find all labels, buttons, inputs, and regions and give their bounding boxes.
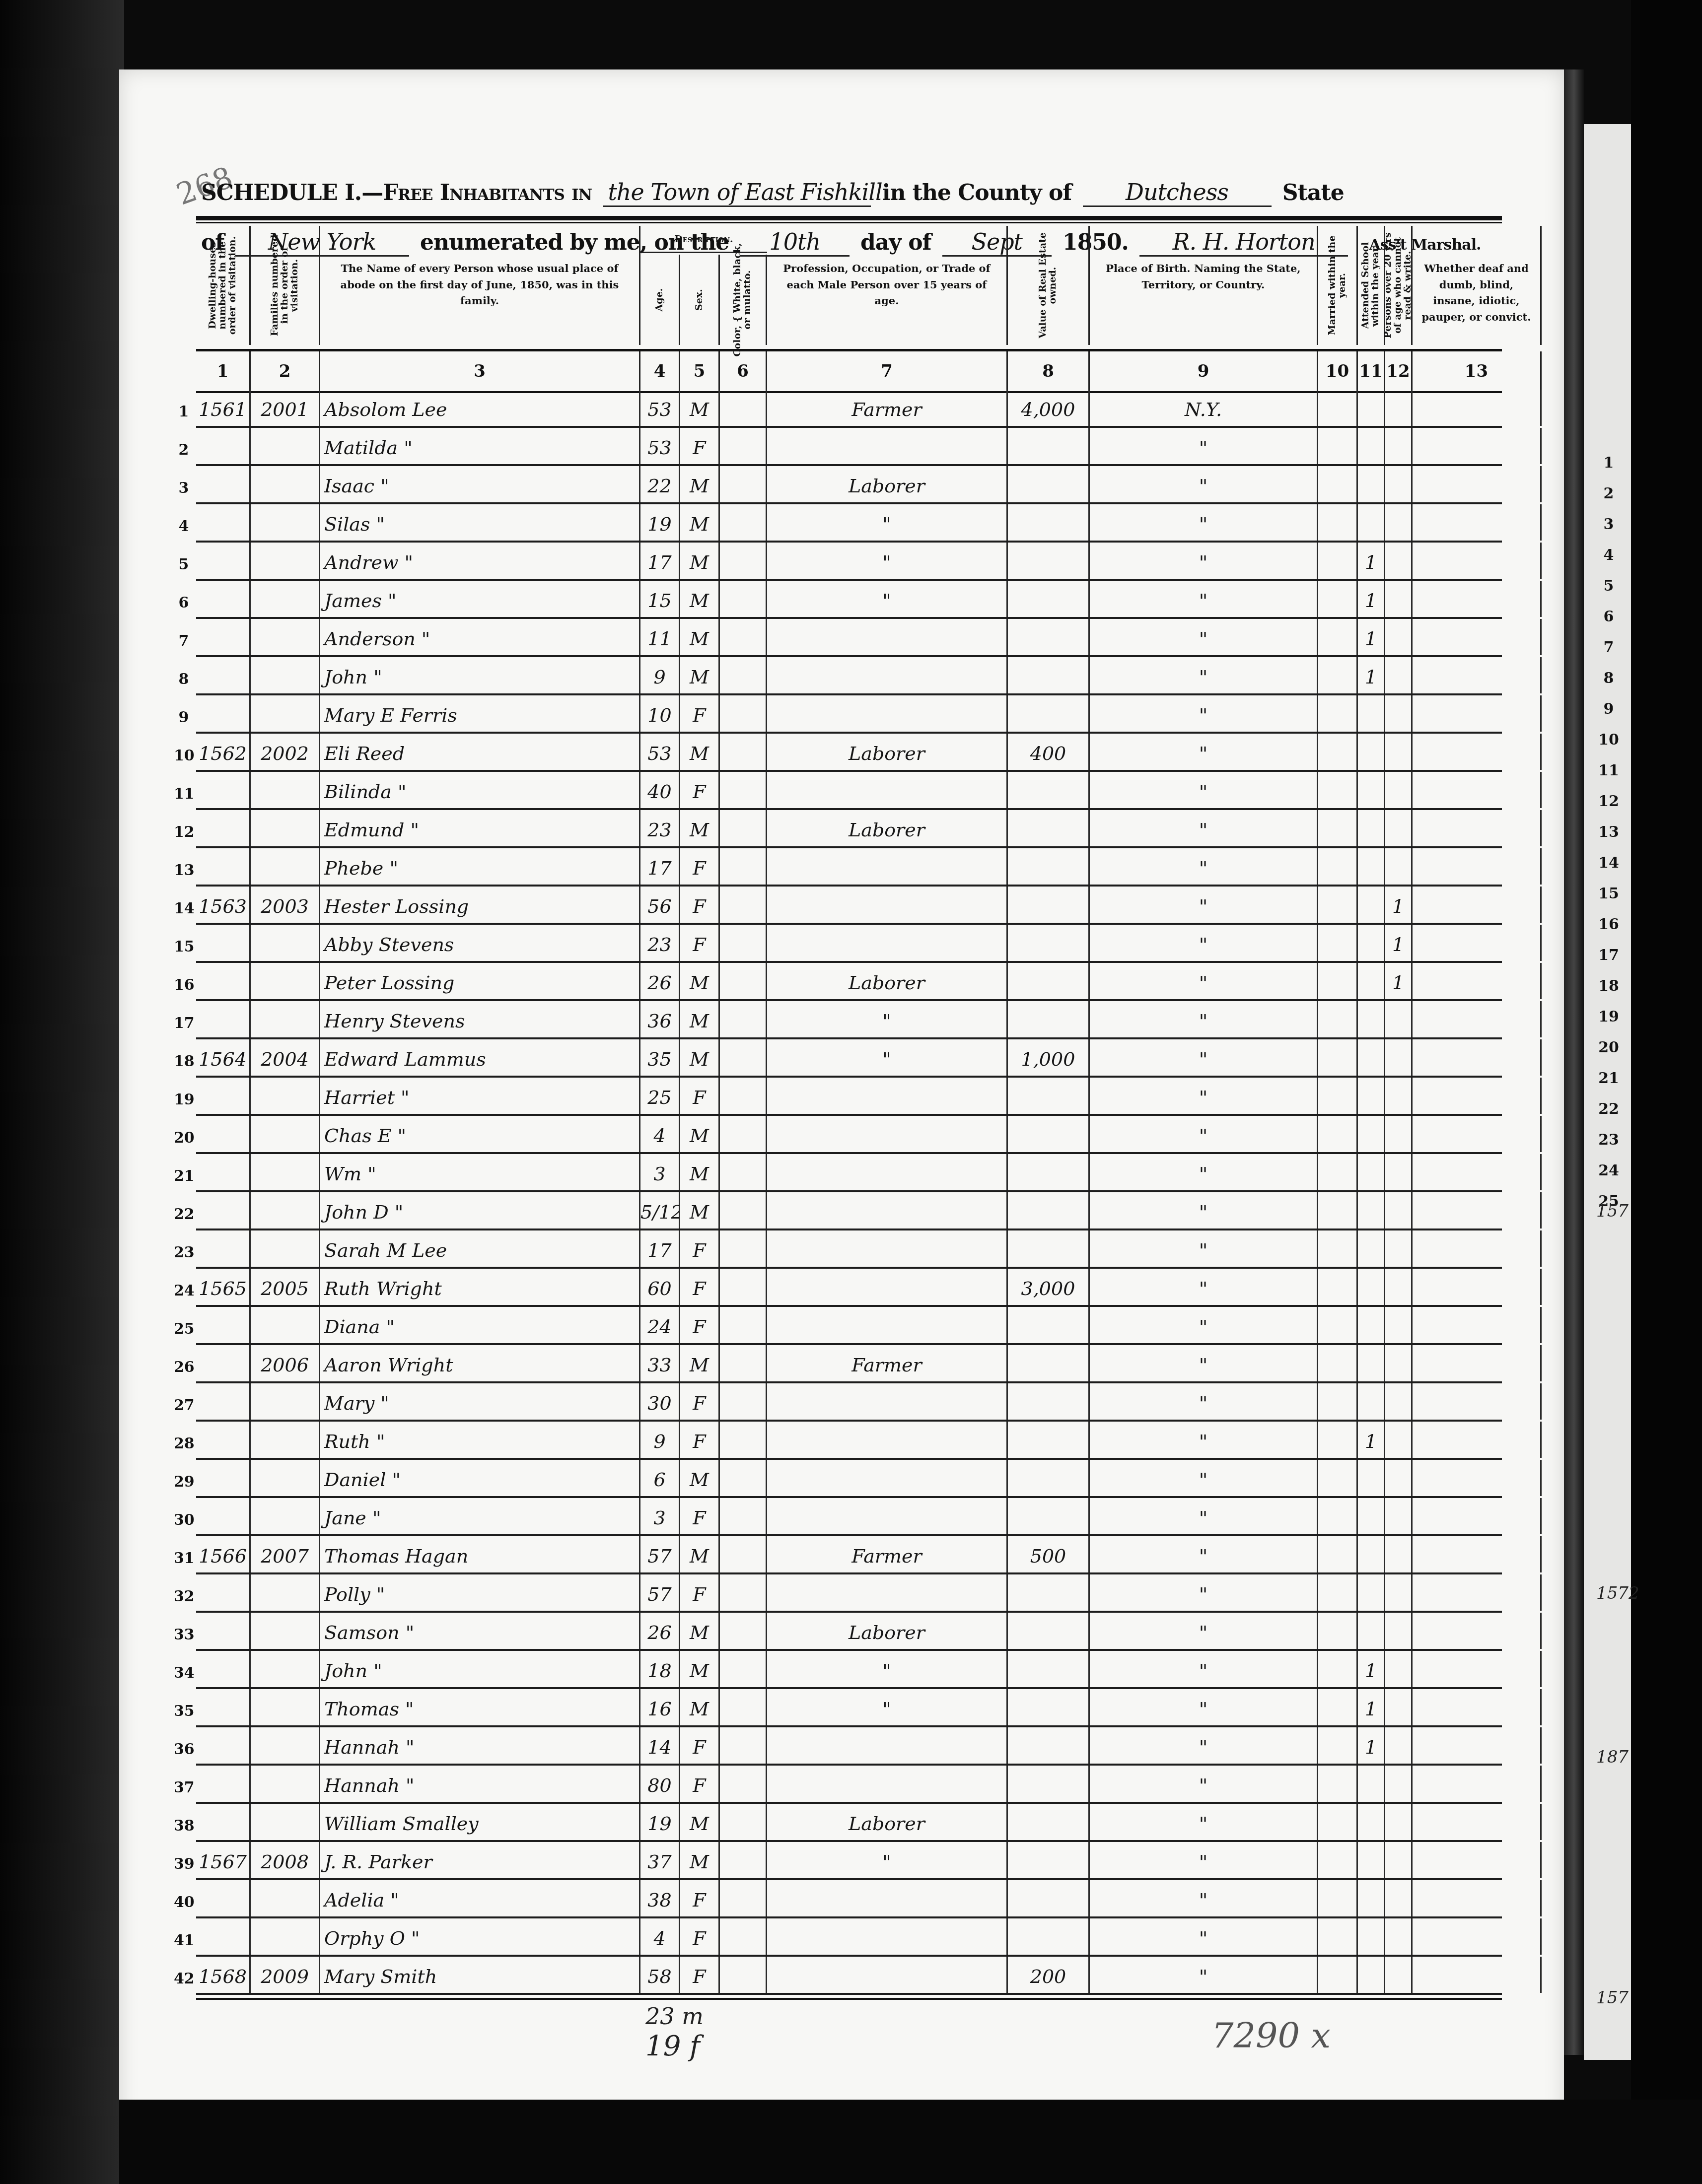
cell-name: James "	[320, 581, 640, 617]
cell-occupation	[767, 1078, 1008, 1114]
cell-birthplace: "	[1090, 1039, 1318, 1076]
table-row: 11Bilinda "40F"	[196, 772, 1502, 810]
cell-name: J. R. Parker	[320, 1842, 640, 1878]
cell-sex: M	[680, 1804, 720, 1840]
cell-illiterate: 1	[1385, 925, 1413, 961]
cell-color	[720, 504, 767, 541]
cell-real-estate	[1008, 1918, 1090, 1955]
cell-birthplace: "	[1090, 810, 1318, 846]
cell-family	[251, 1918, 320, 1955]
cell-school: 1	[1358, 581, 1385, 617]
adjacent-page-row-number: 24	[1596, 1162, 1621, 1179]
cell-school: 1	[1358, 1727, 1385, 1764]
cell-occupation	[767, 1880, 1008, 1916]
adjacent-page-row-number: 8	[1596, 670, 1621, 687]
cell-sex: F	[680, 1078, 720, 1114]
adjacent-page-row-number: 12	[1596, 793, 1621, 810]
cell-occupation	[767, 1918, 1008, 1955]
cell-name: Thomas Hagan	[320, 1536, 640, 1572]
cell-dwelling	[196, 963, 251, 999]
cell-sex: M	[680, 1192, 720, 1228]
cell-condition	[1413, 1689, 1542, 1725]
cell-condition	[1413, 1078, 1542, 1114]
cell-sex: M	[680, 1039, 720, 1076]
cell-dwelling	[196, 657, 251, 693]
cell-color	[720, 1039, 767, 1076]
cell-age: 37	[640, 1842, 680, 1878]
column-header-label: Profession, Occupation, or Trade of each…	[783, 262, 990, 307]
cell-school	[1358, 963, 1385, 999]
cell-illiterate	[1385, 1957, 1413, 1993]
cell-condition	[1413, 1536, 1542, 1572]
cell-illiterate	[1385, 1230, 1413, 1267]
cell-age: 23	[640, 810, 680, 846]
cell-birthplace: N.Y.	[1090, 390, 1318, 426]
adjacent-page-row-number: 21	[1596, 1070, 1621, 1087]
cell-family	[251, 1078, 320, 1114]
cell-real-estate	[1008, 1842, 1090, 1878]
cell-school: 1	[1358, 657, 1385, 693]
cell-married	[1318, 1154, 1358, 1190]
cell-school: 1	[1358, 1689, 1385, 1725]
adjacent-page-row-number: 11	[1596, 762, 1621, 779]
cell-birthplace: "	[1090, 1498, 1318, 1534]
cell-family	[251, 466, 320, 502]
cell-age: 57	[640, 1536, 680, 1572]
cell-school	[1358, 1574, 1385, 1611]
cell-illiterate	[1385, 1498, 1413, 1534]
cell-dwelling	[196, 1307, 251, 1343]
column-number-3: 3	[320, 351, 640, 391]
cell-real-estate	[1008, 810, 1090, 846]
cell-sex: F	[680, 428, 720, 464]
cell-school: 1	[1358, 619, 1385, 655]
cell-color	[720, 1230, 767, 1267]
adjacent-page-row-number: 7	[1596, 639, 1621, 656]
table-row: 35Thomas "16M""1	[196, 1689, 1502, 1727]
state-label: State	[1282, 180, 1344, 205]
cell-dwelling	[196, 1880, 251, 1916]
cell-married	[1318, 1001, 1358, 1037]
table-row: 1815642004Edward Lammus35M"1,000"	[196, 1039, 1502, 1078]
cell-birthplace: "	[1090, 848, 1318, 885]
cell-birthplace: "	[1090, 581, 1318, 617]
cell-illiterate	[1385, 1460, 1413, 1496]
cell-dwelling	[196, 1689, 251, 1725]
cell-dwelling	[196, 504, 251, 541]
cell-married	[1318, 1498, 1358, 1534]
cell-age: 17	[640, 1230, 680, 1267]
cell-occupation	[767, 1957, 1008, 1993]
cell-family	[251, 1766, 320, 1802]
table-row: 29Daniel "6M"	[196, 1460, 1502, 1498]
column-header-12: Persons over 20 y'rs of age who cannot r…	[1385, 226, 1413, 345]
cell-age: 25	[640, 1078, 680, 1114]
cell-age: 4	[640, 1116, 680, 1152]
cell-condition	[1413, 390, 1542, 426]
cell-sex: M	[680, 963, 720, 999]
cell-occupation	[767, 1116, 1008, 1152]
cell-birthplace: "	[1090, 543, 1318, 579]
column-number-4: 4	[640, 351, 680, 391]
cell-dwelling	[196, 1383, 251, 1420]
cell-age: 18	[640, 1651, 680, 1687]
cell-color	[720, 1727, 767, 1764]
cell-married	[1318, 619, 1358, 655]
cell-dwelling	[196, 1422, 251, 1458]
cell-condition	[1413, 1804, 1542, 1840]
cell-color	[720, 1078, 767, 1114]
cell-married	[1318, 543, 1358, 579]
cell-occupation: Laborer	[767, 1804, 1008, 1840]
cell-illiterate	[1385, 1689, 1413, 1725]
cell-dwelling	[196, 925, 251, 961]
cell-name: Eli Reed	[320, 734, 640, 770]
cell-age: 10	[640, 695, 680, 732]
cell-illiterate	[1385, 1536, 1413, 1572]
cell-color	[720, 428, 767, 464]
cell-birthplace: "	[1090, 1651, 1318, 1687]
cell-color	[720, 1307, 767, 1343]
cell-married	[1318, 1460, 1358, 1496]
column-number-9: 9	[1090, 351, 1318, 391]
cell-occupation: Laborer	[767, 810, 1008, 846]
table-row: 262006Aaron Wright33MFarmer"	[196, 1345, 1502, 1383]
cell-occupation	[767, 772, 1008, 808]
cell-occupation: Farmer	[767, 390, 1008, 426]
cell-color	[720, 1460, 767, 1496]
county-label: in the County of	[882, 180, 1071, 205]
table-row: 8John "9M"1	[196, 657, 1502, 695]
cell-school	[1358, 772, 1385, 808]
cell-condition	[1413, 543, 1542, 579]
cell-family	[251, 1383, 320, 1420]
column-header-label: Color, { White, black, or mulatto.	[733, 243, 753, 357]
cell-name: Henry Stevens	[320, 1001, 640, 1037]
cell-birthplace: "	[1090, 1689, 1318, 1725]
scrawl-note: 7290 x	[1211, 2015, 1331, 2056]
cell-illiterate	[1385, 1574, 1413, 1611]
table-row: 28Ruth "9F"1	[196, 1422, 1502, 1460]
cell-dwelling	[196, 1651, 251, 1687]
cell-name: Edmund "	[320, 810, 640, 846]
cell-dwelling	[196, 1116, 251, 1152]
cell-birthplace: "	[1090, 1536, 1318, 1572]
cell-birthplace: "	[1090, 1001, 1318, 1037]
cell-school	[1358, 848, 1385, 885]
adjacent-page-row-number: 17	[1596, 947, 1621, 964]
cell-real-estate	[1008, 1613, 1090, 1649]
column-header-8: Value of Real Estate owned.	[1008, 226, 1090, 345]
table-row: 4Silas "19M""	[196, 504, 1502, 543]
cell-name: William Smalley	[320, 1804, 640, 1840]
cell-real-estate	[1008, 1651, 1090, 1687]
cell-family	[251, 1230, 320, 1267]
cell-school	[1358, 1269, 1385, 1305]
cell-real-estate	[1008, 543, 1090, 579]
cell-real-estate	[1008, 1498, 1090, 1534]
binding-gutter	[1564, 69, 1584, 2055]
cell-school	[1358, 1880, 1385, 1916]
cell-occupation	[767, 1727, 1008, 1764]
cell-age: 11	[640, 619, 680, 655]
cell-illiterate	[1385, 810, 1413, 846]
cell-occupation: Laborer	[767, 734, 1008, 770]
cell-married	[1318, 1039, 1358, 1076]
cell-family	[251, 543, 320, 579]
cell-occupation	[767, 619, 1008, 655]
cell-real-estate: 500	[1008, 1536, 1090, 1572]
cell-real-estate	[1008, 772, 1090, 808]
cell-name: Diana "	[320, 1307, 640, 1343]
cell-family	[251, 1727, 320, 1764]
cell-occupation: Laborer	[767, 466, 1008, 502]
cell-married	[1318, 1727, 1358, 1764]
cell-sex: M	[680, 657, 720, 693]
line-number: 42	[174, 1957, 194, 2001]
column-header-5: Sex.	[680, 255, 720, 345]
adjacent-page-margin-mark: 1572	[1596, 1583, 1639, 1603]
cell-age: 14	[640, 1727, 680, 1764]
cell-age: 19	[640, 504, 680, 541]
cell-name: Sarah M Lee	[320, 1230, 640, 1267]
adjacent-page-margin-mark: 157	[1596, 1201, 1629, 1221]
cell-dwelling	[196, 619, 251, 655]
cell-birthplace: "	[1090, 1345, 1318, 1381]
cell-illiterate	[1385, 619, 1413, 655]
cell-condition	[1413, 1001, 1542, 1037]
adjacent-page-row-number: 2	[1596, 485, 1621, 502]
cell-school	[1358, 1918, 1385, 1955]
cell-married	[1318, 1957, 1358, 1993]
column-header-11: Attended School within the year.	[1358, 226, 1385, 345]
adjacent-page-row-number: 5	[1596, 577, 1621, 595]
cell-illiterate	[1385, 1880, 1413, 1916]
cell-condition	[1413, 504, 1542, 541]
cell-color	[720, 543, 767, 579]
cell-name: John "	[320, 657, 640, 693]
cell-illiterate	[1385, 1613, 1413, 1649]
cell-birthplace: "	[1090, 1766, 1318, 1802]
cell-color	[720, 1689, 767, 1725]
cell-name: Orphy O "	[320, 1918, 640, 1955]
cell-age: 30	[640, 1383, 680, 1420]
cell-dwelling	[196, 543, 251, 579]
cell-birthplace: "	[1090, 1957, 1318, 1993]
cell-real-estate	[1008, 619, 1090, 655]
cell-real-estate	[1008, 848, 1090, 885]
cell-birthplace: "	[1090, 963, 1318, 999]
cell-family	[251, 504, 320, 541]
table-row: 21Wm "3M"	[196, 1154, 1502, 1192]
table-row: 17Henry Stevens36M""	[196, 1001, 1502, 1039]
cell-family	[251, 1613, 320, 1649]
cell-condition	[1413, 1460, 1542, 1496]
adjacent-page-row-number: 9	[1596, 700, 1621, 718]
table-row: 2Matilda "53F"	[196, 428, 1502, 466]
adjacent-page-row-number: 18	[1596, 977, 1621, 995]
cell-school	[1358, 925, 1385, 961]
cell-dwelling	[196, 695, 251, 732]
cell-age: 53	[640, 734, 680, 770]
cell-condition	[1413, 1613, 1542, 1649]
cell-occupation	[767, 1498, 1008, 1534]
cell-birthplace: "	[1090, 1422, 1318, 1458]
cell-married	[1318, 1116, 1358, 1152]
table-row: 20Chas E "4M"	[196, 1116, 1502, 1154]
table-bottom-rule	[196, 1998, 1502, 2000]
cell-age: 4	[640, 1918, 680, 1955]
cell-name: Adelia "	[320, 1880, 640, 1916]
cell-married	[1318, 1536, 1358, 1572]
cell-birthplace: "	[1090, 1880, 1318, 1916]
cell-dwelling: 1563	[196, 887, 251, 923]
cell-illiterate: 1	[1385, 887, 1413, 923]
cell-dwelling	[196, 466, 251, 502]
cell-dwelling	[196, 1918, 251, 1955]
cell-occupation: Laborer	[767, 963, 1008, 999]
cell-age: 53	[640, 390, 680, 426]
column-header-7: Profession, Occupation, or Trade of each…	[767, 226, 1008, 345]
cell-occupation	[767, 1269, 1008, 1305]
cell-dwelling: 1567	[196, 1842, 251, 1878]
column-number-10: 10	[1318, 351, 1358, 391]
cell-occupation	[767, 1383, 1008, 1420]
cell-color	[720, 810, 767, 846]
column-header-label: Dwelling-houses numbered in the order of…	[208, 228, 238, 342]
cell-name: John D "	[320, 1192, 640, 1228]
cell-birthplace: "	[1090, 466, 1318, 502]
cell-sex: M	[680, 1536, 720, 1572]
cell-name: Harriet "	[320, 1078, 640, 1114]
cell-sex: M	[680, 1345, 720, 1381]
cell-color	[720, 390, 767, 426]
cell-illiterate	[1385, 1422, 1413, 1458]
column-header-4: Age.	[640, 255, 680, 345]
cell-age: 40	[640, 772, 680, 808]
cell-illiterate	[1385, 1001, 1413, 1037]
cell-dwelling	[196, 1498, 251, 1534]
cell-real-estate	[1008, 1727, 1090, 1764]
cell-birthplace: "	[1090, 1727, 1318, 1764]
cell-condition	[1413, 1192, 1542, 1228]
cell-real-estate	[1008, 695, 1090, 732]
cell-color	[720, 1613, 767, 1649]
cell-birthplace: "	[1090, 772, 1318, 808]
cell-sex: F	[680, 1307, 720, 1343]
cell-condition	[1413, 963, 1542, 999]
cell-married	[1318, 466, 1358, 502]
cell-color	[720, 466, 767, 502]
cell-age: 19	[640, 1804, 680, 1840]
cell-real-estate	[1008, 1422, 1090, 1458]
cell-occupation	[767, 428, 1008, 464]
title-line-1: SCHEDULE I.—Free Inhabitants in the Town…	[201, 179, 1344, 207]
cell-dwelling	[196, 1001, 251, 1037]
cell-sex: F	[680, 1957, 720, 1993]
cell-real-estate	[1008, 466, 1090, 502]
cell-family	[251, 1804, 320, 1840]
cell-name: Daniel "	[320, 1460, 640, 1496]
cell-condition	[1413, 1918, 1542, 1955]
cell-birthplace: "	[1090, 1307, 1318, 1343]
cell-sex: F	[680, 887, 720, 923]
cell-dwelling	[196, 1613, 251, 1649]
adjacent-page-row-number: 6	[1596, 608, 1621, 625]
cell-condition	[1413, 1383, 1542, 1420]
cell-color	[720, 1804, 767, 1840]
cell-illiterate	[1385, 466, 1413, 502]
table-row: 16Peter Lossing26MLaborer"1	[196, 963, 1502, 1001]
cell-sex: M	[680, 1613, 720, 1649]
cell-name: Chas E "	[320, 1116, 640, 1152]
cell-real-estate	[1008, 887, 1090, 923]
cell-color	[720, 1269, 767, 1305]
cell-married	[1318, 581, 1358, 617]
cell-sex: M	[680, 1001, 720, 1037]
column-number-2: 2	[251, 351, 320, 391]
cell-dwelling	[196, 810, 251, 846]
cell-school	[1358, 428, 1385, 464]
cell-dwelling	[196, 1804, 251, 1840]
cell-color	[720, 1422, 767, 1458]
column-number-8: 8	[1008, 351, 1090, 391]
cell-age: 16	[640, 1689, 680, 1725]
cell-dwelling	[196, 581, 251, 617]
column-header-13: Whether deaf and dumb, blind, insane, id…	[1413, 226, 1542, 345]
cell-real-estate	[1008, 1880, 1090, 1916]
cell-sex: F	[680, 1880, 720, 1916]
cell-condition	[1413, 466, 1542, 502]
cell-school	[1358, 810, 1385, 846]
cell-married	[1318, 695, 1358, 732]
cell-real-estate	[1008, 428, 1090, 464]
cell-age: 80	[640, 1766, 680, 1802]
cell-occupation	[767, 1192, 1008, 1228]
column-header-6: Color, { White, black, or mulatto.	[720, 255, 767, 345]
cell-birthplace: "	[1090, 1230, 1318, 1267]
cell-name: Andrew "	[320, 543, 640, 579]
table-row: 38William Smalley19MLaborer"	[196, 1804, 1502, 1842]
cell-dwelling	[196, 1766, 251, 1802]
cell-school	[1358, 1192, 1385, 1228]
cell-family: 2004	[251, 1039, 320, 1076]
cell-color	[720, 581, 767, 617]
cell-married	[1318, 657, 1358, 693]
cell-illiterate	[1385, 504, 1413, 541]
cell-real-estate	[1008, 1574, 1090, 1611]
cell-sex: F	[680, 848, 720, 885]
cell-family	[251, 848, 320, 885]
cell-family	[251, 1192, 320, 1228]
cell-illiterate	[1385, 1651, 1413, 1687]
cell-birthplace: "	[1090, 695, 1318, 732]
tally-female-note: 19 f	[645, 2030, 700, 2062]
cell-occupation	[767, 1574, 1008, 1611]
table-row: 115612001Absolom Lee53MFarmer4,000N.Y.	[196, 390, 1502, 428]
cell-condition	[1413, 1116, 1542, 1152]
tally-male-note: 23 m	[645, 2003, 704, 2030]
cell-condition	[1413, 1727, 1542, 1764]
cell-age: 58	[640, 1957, 680, 1993]
table-row: 25Diana "24F"	[196, 1307, 1502, 1345]
cell-dwelling: 1565	[196, 1269, 251, 1305]
cell-occupation: "	[767, 1842, 1008, 1878]
cell-sex: F	[680, 1498, 720, 1534]
cell-name: Jane "	[320, 1498, 640, 1534]
adjacent-page-row-number: 22	[1596, 1100, 1621, 1118]
cell-age: 22	[640, 466, 680, 502]
